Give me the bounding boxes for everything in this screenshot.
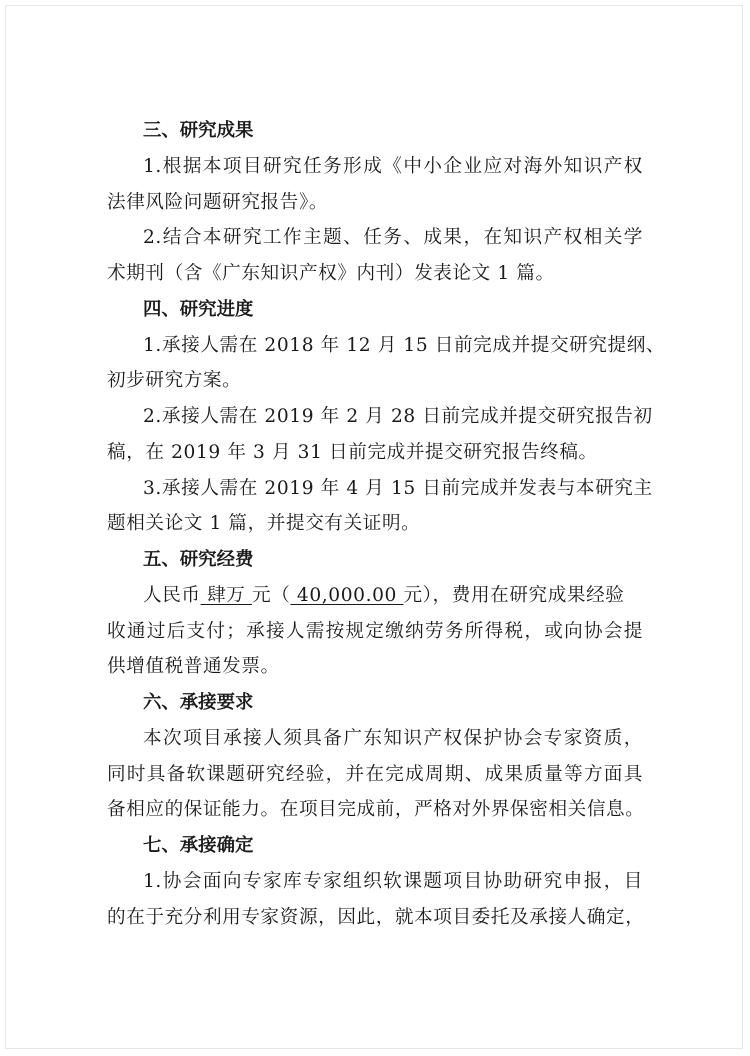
paragraph-line: 1.根据本项目研究任务形成《中小企业应对海外知识产权 — [107, 149, 643, 185]
funding-unit: 元（ — [252, 585, 290, 606]
section-heading-results: 三、研究成果 — [107, 113, 643, 149]
paragraph-line: 1.协会面向专家库专家组织软课题项目协助研究申报，目 — [107, 864, 643, 900]
funding-prefix: 人民币 — [143, 585, 201, 606]
section-heading-funding: 五、研究经费 — [107, 542, 643, 578]
paragraph-line: 术期刊（含《广东知识产权》内刊）发表论文 1 篇。 — [107, 256, 643, 292]
section-heading-confirmation: 七、承接确定 — [107, 828, 643, 864]
paragraph-line: 稿，在 2019 年 3 月 31 日前完成并提交研究报告终稿。 — [107, 435, 643, 471]
paragraph-line: 初步研究方案。 — [107, 363, 643, 399]
paragraph-line: 2.结合本研究工作主题、任务、成果，在知识产权相关学 — [107, 220, 643, 256]
paragraph-line: 题相关论文 1 篇，并提交有关证明。 — [107, 506, 643, 542]
funding-text: 元），费用在研究成果经验 — [403, 585, 624, 606]
section-heading-requirements: 六、承接要求 — [107, 685, 643, 721]
funding-amount-number: 40,000.00 — [290, 585, 403, 606]
paragraph-line: 备相应的保证能力。在项目完成前，严格对外界保密相关信息。 — [107, 792, 643, 828]
paragraph-line: 供增值税普通发票。 — [107, 649, 643, 685]
document-body: 三、研究成果 1.根据本项目研究任务形成《中小企业应对海外知识产权 法律风险问题… — [107, 113, 643, 935]
funding-amount-words: 肆万 — [201, 585, 252, 606]
paragraph-line: 3.承接人需在 2019 年 4 月 15 日前完成并发表与本研究主 — [107, 471, 643, 507]
funding-line: 人民币 肆万 元（ 40,000.00 元），费用在研究成果经验 — [107, 578, 643, 614]
paragraph-line: 法律风险问题研究报告》。 — [107, 185, 643, 221]
paragraph-line: 1.承接人需在 2018 年 12 月 15 日前完成并提交研究提纲、 — [107, 328, 643, 364]
paragraph-line: 收通过后支付；承接人需按规定缴纳劳务所得税，或向协会提 — [107, 614, 643, 650]
section-heading-progress: 四、研究进度 — [107, 292, 643, 328]
paragraph-line: 2.承接人需在 2019 年 2 月 28 日前完成并提交研究报告初 — [107, 399, 643, 435]
paragraph-line: 同时具备软课题研究经验，并在完成周期、成果质量等方面具 — [107, 757, 643, 793]
paragraph-line: 本次项目承接人须具备广东知识产权保护协会专家资质， — [107, 721, 643, 757]
paragraph-line: 的在于充分利用专家资源，因此，就本项目委托及承接人确定， — [107, 900, 643, 936]
